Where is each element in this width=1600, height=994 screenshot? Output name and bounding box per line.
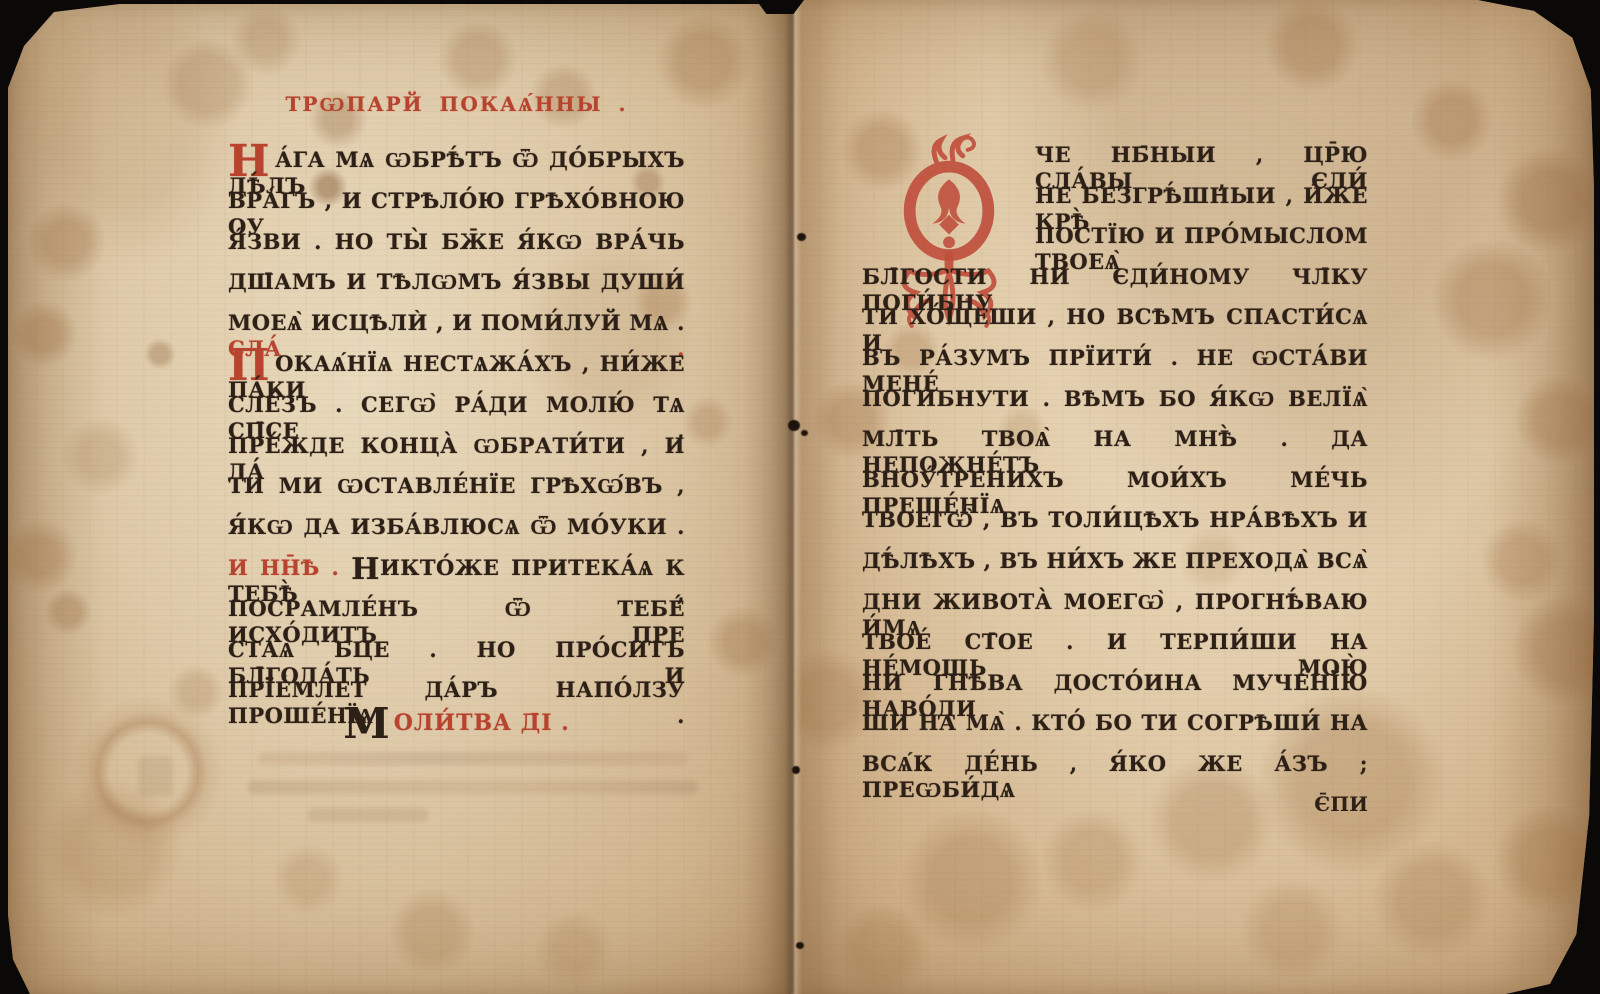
- left-page-rubric-heading: трѡпарй покаѧ́нны .: [228, 92, 685, 117]
- text-segment: я́зви . но ты̀ бж̄е я́кѡ вра́чь: [228, 229, 685, 254]
- text-segment: я́кѡ да изба́влюсѧ ѿ мо́уки .: [228, 514, 685, 539]
- bleedthrough-line: [308, 808, 428, 822]
- text-segment: и нн̄ѣ .: [228, 555, 351, 580]
- text-line: я́зви . но ты̀ бж̄е я́кѡ вра́чь: [228, 229, 685, 255]
- text-line: ши на мѧ̀ . кто́ бо ти согрѣши́ на: [862, 710, 1368, 736]
- text-line: твоегѡ̀ , въ толи́цѣхъ нра́вѣхъ и: [862, 507, 1368, 533]
- text-segment: ши на мѧ̀ . кто́ бо ти согрѣши́ на: [862, 710, 1368, 735]
- spine-crease: [791, 0, 794, 994]
- bleedthrough-line: [248, 780, 698, 794]
- text-segment: поги́бнути . вѣмъ бо я́кѡ велїѧ̀: [862, 386, 1368, 411]
- sewing-hole: [788, 420, 800, 431]
- prayer-heading-rubric: оли́тва д̄і .: [394, 710, 570, 736]
- prayer-heading: моли́тва д̄і .: [228, 710, 685, 736]
- text-segment: дѣ́лѣхъ , въ ни́хъ же преходѧ̀ всѧ̀: [862, 548, 1368, 573]
- bleedthrough-mark: [138, 756, 172, 796]
- text-segment: ти ми ѡставле́нїе грѣхѡ́въ ,: [228, 473, 685, 498]
- text-line: я́кѡ да изба́влюсѧ ѿ мо́уки .: [228, 514, 685, 540]
- text-segment: твоегѡ̀ , въ толи́цѣхъ нра́вѣхъ и: [862, 507, 1368, 532]
- text-line: ти ми ѡставле́нїе грѣхѡ́въ ,: [228, 473, 685, 499]
- sewing-hole: [801, 430, 808, 436]
- book-photo: трѡпарй покаѧ́нны . на́га мѧ ѡбрѣ́тъ ѿ д…: [0, 0, 1600, 994]
- text-line: дш̄амъ и тѣлѡмъ я́звы души́: [228, 269, 685, 295]
- sewing-hole: [792, 766, 800, 774]
- text-line: дѣ́лѣхъ , въ ни́хъ же преходѧ̀ всѧ̀: [862, 548, 1368, 574]
- bleedthrough-line: [258, 752, 688, 765]
- prayer-heading-initial: м: [343, 699, 391, 748]
- right-page: че нб̄ныи , цр̄ю сла́вы , єди́не безгрѣ́…: [792, 0, 1594, 994]
- text-segment: моеѧ̀ исцѣлѝ , и поми́луй мѧ .: [228, 310, 685, 335]
- text-line: поги́бнути . вѣмъ бо я́кѡ велїѧ̀: [862, 386, 1368, 412]
- sewing-hole: [797, 233, 806, 241]
- sewing-hole: [796, 942, 804, 949]
- catchword: є̄пи: [862, 792, 1368, 816]
- text-segment: дш̄амъ и тѣлѡмъ я́звы души́: [228, 269, 685, 294]
- left-page: трѡпарй покаѧ́нны . на́га мѧ ѡбрѣ́тъ ѿ д…: [8, 4, 792, 994]
